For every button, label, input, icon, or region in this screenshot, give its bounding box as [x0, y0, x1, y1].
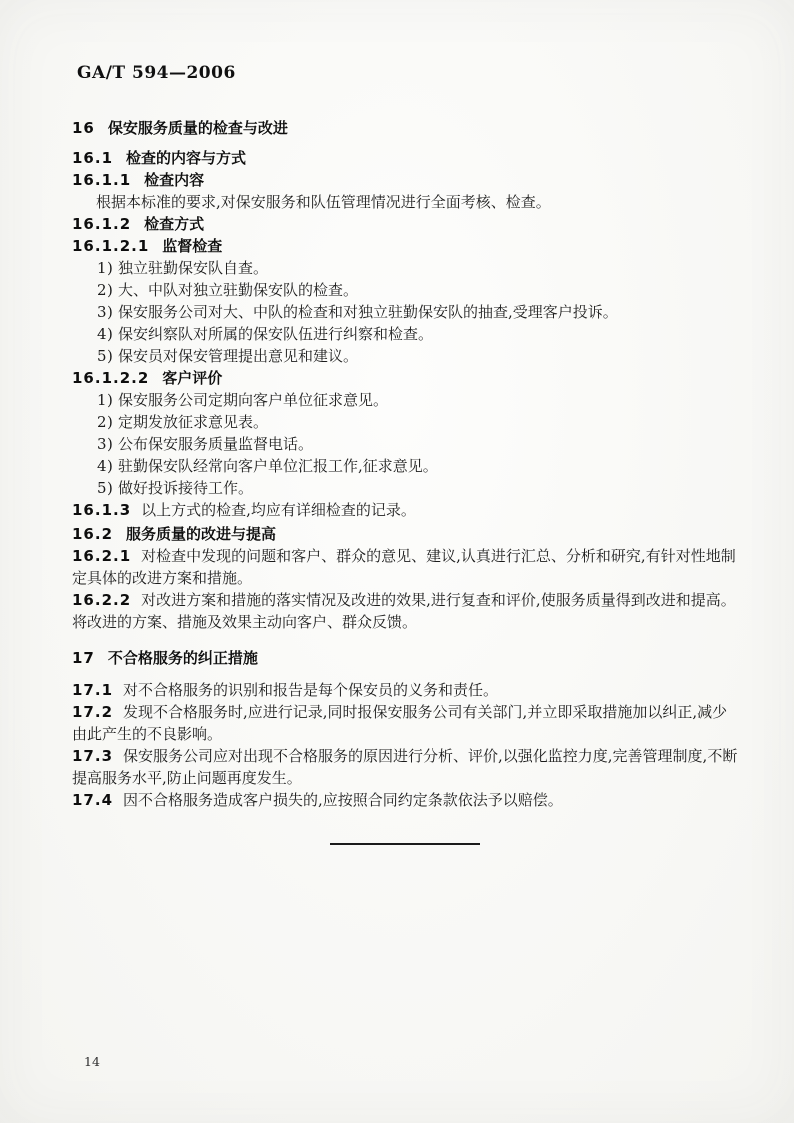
list-item-number: 4): [97, 455, 113, 477]
list-item-number: 3): [97, 301, 113, 323]
heading-16-1-2-1: 16.1.2.1监督检查: [72, 235, 740, 257]
list-item-number: 5): [97, 477, 113, 499]
heading-title: 监督检查: [162, 237, 222, 255]
body-text: 保安员对保安管理提出意见和建议。: [118, 347, 358, 365]
clause-number: 16.1.2: [72, 215, 131, 233]
heading-title: 客户评价: [162, 369, 222, 387]
clause-17-3: 17.3保安服务公司应对出现不合格服务的原因进行分析、评价,以强化监控力度,完善…: [72, 745, 740, 789]
body-text: 对改进方案和措施的落实情况及改进的效果,进行复查和评价,使服务质量得到改进和提高…: [72, 591, 736, 631]
heading-17: 17不合格服务的纠正措施: [72, 647, 740, 669]
heading-16: 16保安服务质量的检查与改进: [72, 117, 740, 139]
body-text: 公布保安服务质量监督电话。: [118, 435, 313, 453]
body-text: 保安服务公司对大、中队的检查和对独立驻勤保安队的抽查,受理客户投诉。: [118, 303, 618, 321]
heading-title: 检查内容: [144, 171, 204, 189]
heading-16-1: 16.1检查的内容与方式: [72, 147, 740, 169]
heading-title: 服务质量的改进与提高: [126, 525, 276, 543]
body-text: 根据本标准的要求,对保安服务和队伍管理情况进行全面考核、检查。: [96, 193, 551, 211]
clause-number: 16.2.2: [72, 591, 131, 609]
heading-title: 检查方式: [144, 215, 204, 233]
list-item: 1)保安服务公司定期向客户单位征求意见。: [72, 389, 740, 411]
clause-number: 16.2.1: [72, 547, 131, 565]
list-item-number: 1): [97, 389, 113, 411]
paragraph: 根据本标准的要求,对保安服务和队伍管理情况进行全面考核、检查。: [72, 191, 740, 213]
clause-number: 17.2: [72, 703, 113, 721]
body-text: 保安服务公司定期向客户单位征求意见。: [118, 391, 388, 409]
body-text: 对检查中发现的问题和客户、群众的意见、建议,认真进行汇总、分析和研究,有针对性地…: [72, 547, 736, 587]
heading-16-2: 16.2服务质量的改进与提高: [72, 523, 740, 545]
body-text: 保安服务公司应对出现不合格服务的原因进行分析、评价,以强化监控力度,完善管理制度…: [72, 747, 737, 787]
clause-number: 17.1: [72, 681, 113, 699]
body-text: 发现不合格服务时,应进行记录,同时报保安服务公司有关部门,并立即采取措施加以纠正…: [72, 703, 727, 743]
list-item-number: 2): [97, 279, 113, 301]
body-text: 定期发放征求意见表。: [118, 413, 268, 431]
body-text: 以上方式的检查,均应有详细检查的记录。: [141, 501, 416, 519]
heading-16-1-2: 16.1.2检查方式: [72, 213, 740, 235]
list-item: 1)独立驻勤保安队自查。: [72, 257, 740, 279]
list-item: 2)大、中队对独立驻勤保安队的检查。: [72, 279, 740, 301]
heading-16-1-1: 16.1.1检查内容: [72, 169, 740, 191]
document-content: 16保安服务质量的检查与改进16.1检查的内容与方式16.1.1检查内容根据本标…: [72, 107, 740, 845]
list-item-number: 5): [97, 345, 113, 367]
body-text: 因不合格服务造成客户损失的,应按照合同约定条款依法予以赔偿。: [123, 791, 563, 809]
list-item-number: 4): [97, 323, 113, 345]
clause-17-2: 17.2发现不合格服务时,应进行记录,同时报保安服务公司有关部门,并立即采取措施…: [72, 701, 740, 745]
list-item-number: 1): [97, 257, 113, 279]
body-text: 大、中队对独立驻勤保安队的检查。: [118, 281, 358, 299]
clause-number: 16.1.2.2: [72, 369, 149, 387]
list-item: 4)保安纠察队对所属的保安队伍进行纠察和检查。: [72, 323, 740, 345]
list-item: 5)保安员对保安管理提出意见和建议。: [72, 345, 740, 367]
list-item: 4)驻勤保安队经常向客户单位汇报工作,征求意见。: [72, 455, 740, 477]
clause-16-1-3: 16.1.3以上方式的检查,均应有详细检查的记录。: [72, 499, 740, 521]
list-item-number: 3): [97, 433, 113, 455]
body-text: 做好投诉接待工作。: [118, 479, 253, 497]
list-item: 2)定期发放征求意见表。: [72, 411, 740, 433]
end-of-document-rule: [330, 843, 480, 845]
list-item-number: 2): [97, 411, 113, 433]
clause-16-2-2: 16.2.2对改进方案和措施的落实情况及改进的效果,进行复查和评价,使服务质量得…: [72, 589, 740, 633]
body-text: 保安纠察队对所属的保安队伍进行纠察和检查。: [118, 325, 433, 343]
scanned-document-page: GA/T 594—2006 16保安服务质量的检查与改进16.1检查的内容与方式…: [0, 0, 794, 1123]
heading-title: 保安服务质量的检查与改进: [108, 119, 288, 137]
body-text: 对不合格服务的识别和报告是每个保安员的义务和责任。: [123, 681, 498, 699]
document-blocks: 16保安服务质量的检查与改进16.1检查的内容与方式16.1.1检查内容根据本标…: [72, 117, 740, 811]
clause-17-1: 17.1对不合格服务的识别和报告是每个保安员的义务和责任。: [72, 679, 740, 701]
standard-number-header: GA/T 594—2006: [77, 63, 236, 83]
clause-number: 16: [72, 119, 95, 137]
body-text: 驻勤保安队经常向客户单位汇报工作,征求意见。: [118, 457, 438, 475]
heading-title: 不合格服务的纠正措施: [108, 649, 258, 667]
clause-number: 17.4: [72, 791, 113, 809]
page-number: 14: [84, 1054, 100, 1069]
list-item: 3)保安服务公司对大、中队的检查和对独立驻勤保安队的抽查,受理客户投诉。: [72, 301, 740, 323]
clause-number: 17: [72, 649, 95, 667]
clause-number: 16.1.3: [72, 501, 131, 519]
heading-16-1-2-2: 16.1.2.2客户评价: [72, 367, 740, 389]
clause-number: 16.2: [72, 525, 113, 543]
clause-number: 16.1: [72, 149, 113, 167]
list-item: 5)做好投诉接待工作。: [72, 477, 740, 499]
clause-16-2-1: 16.2.1对检查中发现的问题和客户、群众的意见、建议,认真进行汇总、分析和研究…: [72, 545, 740, 589]
clause-number: 16.1.1: [72, 171, 131, 189]
heading-title: 检查的内容与方式: [126, 149, 246, 167]
clause-number: 16.1.2.1: [72, 237, 149, 255]
clause-number: 17.3: [72, 747, 113, 765]
body-text: 独立驻勤保安队自查。: [118, 259, 268, 277]
list-item: 3)公布保安服务质量监督电话。: [72, 433, 740, 455]
clause-17-4: 17.4因不合格服务造成客户损失的,应按照合同约定条款依法予以赔偿。: [72, 789, 740, 811]
